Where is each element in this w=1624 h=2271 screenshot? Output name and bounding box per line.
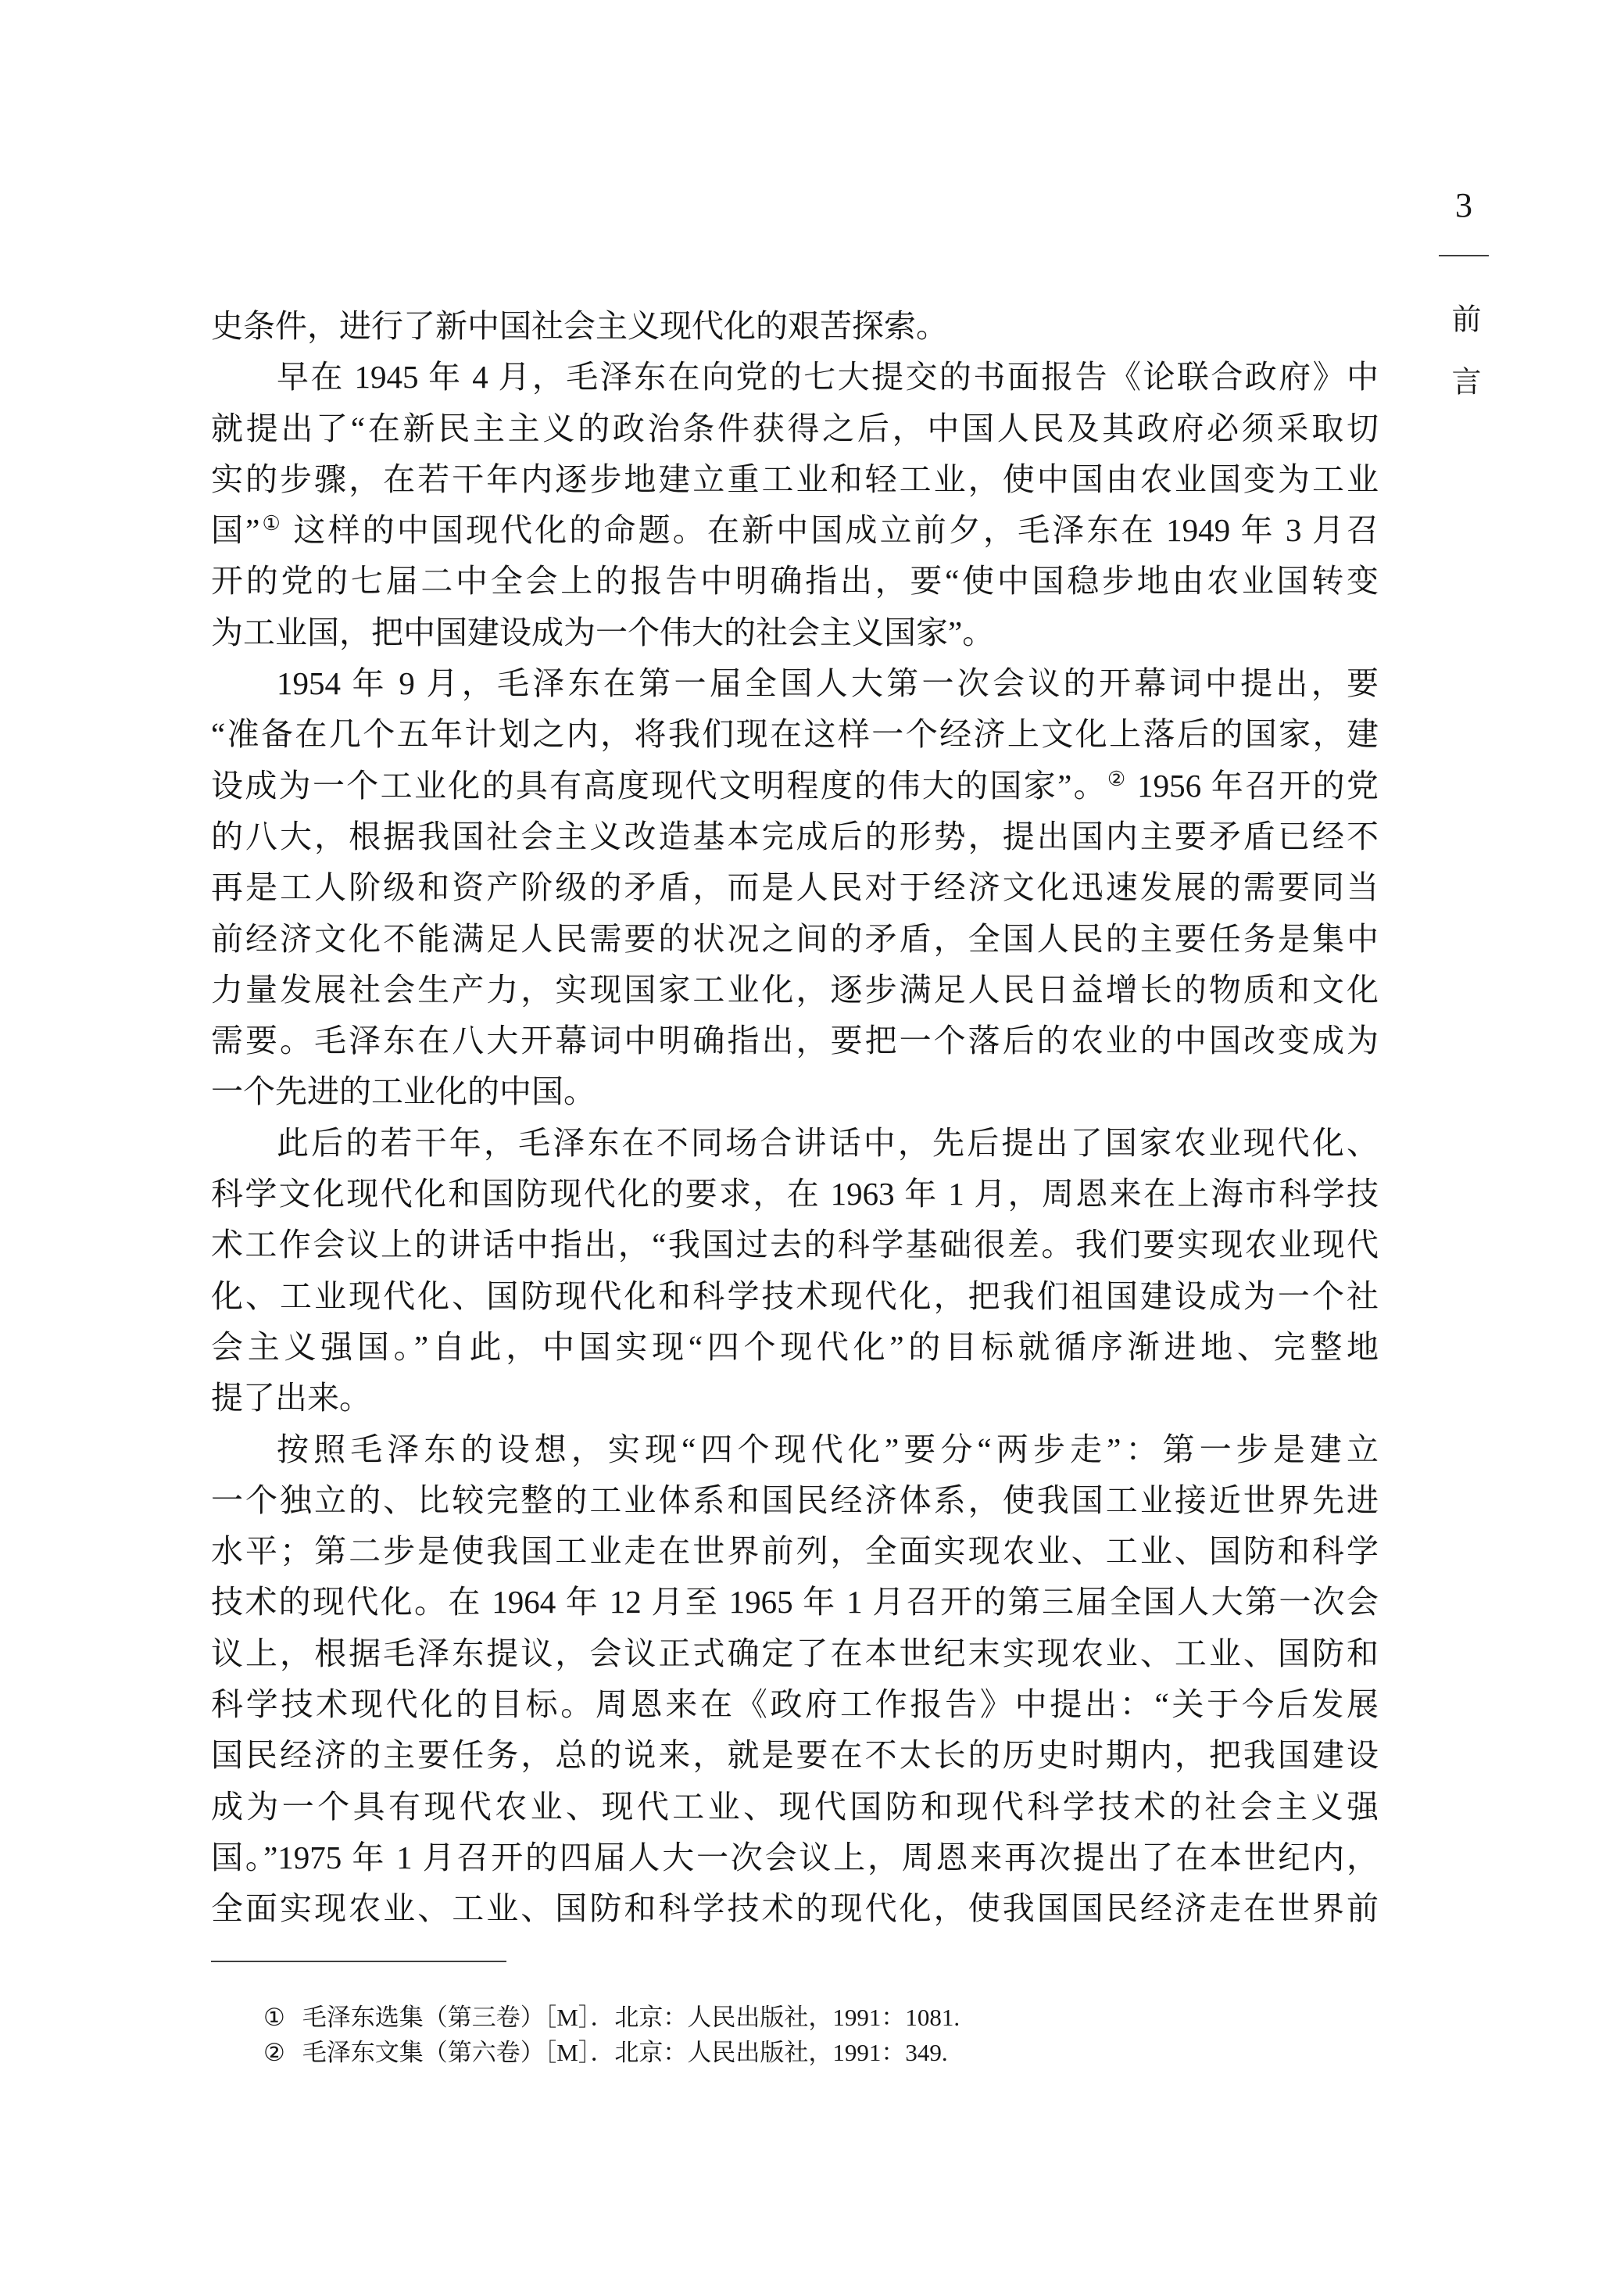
footnote-ref: ② bbox=[1107, 768, 1128, 790]
body-line: 为工业国，把中国建设成为一个伟大的社会主义国家”。 bbox=[211, 607, 1379, 658]
body-line: 国民经济的主要任务，总的说来，就是要在不太长的历史时期内，把我国建设 bbox=[211, 1730, 1379, 1781]
body-line: 此后的若干年，毛泽东在不同场合讲话中，先后提出了国家农业现代化、 bbox=[211, 1118, 1379, 1169]
body-line: 设成为一个工业化的具有高度现代文明程度的伟大的国家”。② 1956 年召开的党 bbox=[211, 761, 1379, 811]
body-line: 议上，根据毛泽东提议，会议正式确定了在本世纪末实现农业、工业、国防和 bbox=[211, 1628, 1379, 1679]
body-line: 史条件，进行了新中国社会主义现代化的艰苦探索。 bbox=[211, 301, 1379, 352]
page-number: 3 bbox=[1439, 186, 1489, 225]
footnote-marker: ② bbox=[263, 2035, 285, 2070]
body-line: 术工作会议上的讲话中指出，“我国过去的科学基础很差。我们要实现农业现代 bbox=[211, 1220, 1379, 1270]
body-line: 1954 年 9 月，毛泽东在第一届全国人大第一次会议的开幕词中提出，要 bbox=[211, 658, 1379, 709]
footnotes: ①毛泽东选集（第三卷）［M］．北京：人民出版社，1991：1081.②毛泽东文集… bbox=[263, 2000, 1379, 2070]
body-line: 国。”1975 年 1 月召开的四届人大一次会议上，周恩来再次提出了在本世纪内， bbox=[211, 1832, 1379, 1883]
body-line: 按照毛泽东的设想，实现“四个现代化”要分“两步走”：第一步是建立 bbox=[211, 1424, 1379, 1475]
body-line: 早在 1945 年 4 月，毛泽东在向党的七大提交的书面报告《论联合政府》中 bbox=[211, 352, 1379, 403]
footnote-item: ①毛泽东选集（第三卷）［M］．北京：人民出版社，1991：1081. bbox=[263, 2000, 1379, 2035]
body-line: 开的党的七届二中全会上的报告中明确指出，要“使中国稳步地由农业国转变 bbox=[211, 556, 1379, 607]
body-line: 一个先进的工业化的中国。 bbox=[211, 1066, 1379, 1117]
body-line: 全面实现农业、工业、国防和科学技术的现代化，使我国国民经济走在世界前 bbox=[211, 1883, 1379, 1934]
footnote-item: ②毛泽东文集（第六卷）［M］．北京：人民出版社，1991：349. bbox=[263, 2035, 1379, 2070]
body-line: 国”① 这样的中国现代化的命题。在新中国成立前夕，毛泽东在 1949 年 3 月… bbox=[211, 505, 1379, 556]
footnote-text: 毛泽东文集（第六卷）［M］．北京：人民出版社，1991：349. bbox=[302, 2039, 948, 2066]
body-line: 一个独立的、比较完整的工业体系和国民经济体系，使我国工业接近世界先进 bbox=[211, 1475, 1379, 1526]
body-line: 再是工人阶级和资产阶级的矛盾，而是人民对于经济文化迅速发展的需要同当 bbox=[211, 862, 1379, 913]
chapter-margin-label: 前言 bbox=[1447, 303, 1479, 428]
body-line: 技术的现代化。在 1964 年 12 月至 1965 年 1 月召开的第三届全国… bbox=[211, 1577, 1379, 1628]
body-line: “准备在几个五年计划之内，将我们现在这样一个经济上文化上落后的国家，建 bbox=[211, 709, 1379, 760]
body-line: 成为一个具有现代农业、现代工业、现代国防和现代科学技术的社会主义强 bbox=[211, 1782, 1379, 1832]
body-line: 科学技术现代化的目标。周恩来在《政府工作报告》中提出：“关于今后发展 bbox=[211, 1679, 1379, 1730]
footnote-separator bbox=[211, 1961, 506, 1962]
body-line: 科学文化现代化和国防现代化的要求，在 1963 年 1 月，周恩来在上海市科学技 bbox=[211, 1169, 1379, 1220]
body-line: 实的步骤，在若干年内逐步地建立重工业和轻工业，使中国由农业国变为工业 bbox=[211, 454, 1379, 505]
page-number-rule bbox=[1439, 255, 1489, 256]
footnote-marker: ① bbox=[263, 2000, 285, 2035]
book-page: 3 前言 史条件，进行了新中国社会主义现代化的艰苦探索。早在 1945 年 4 … bbox=[0, 0, 1624, 2271]
footnote-text: 毛泽东选集（第三卷）［M］．北京：人民出版社，1991：1081. bbox=[302, 2004, 960, 2031]
body-line: 提了出来。 bbox=[211, 1373, 1379, 1424]
body-line: 会主义强国。”自此，中国实现“四个现代化”的目标就循序渐进地、完整地 bbox=[211, 1322, 1379, 1373]
body-line: 化、工业现代化、国防现代化和科学技术现代化，把我们祖国建设成为一个社 bbox=[211, 1271, 1379, 1322]
body-text: 史条件，进行了新中国社会主义现代化的艰苦探索。早在 1945 年 4 月，毛泽东… bbox=[211, 301, 1379, 1935]
footnote-ref: ① bbox=[259, 512, 283, 535]
body-line: 水平；第二步是使我国工业走在世界前列，全面实现农业、工业、国防和科学 bbox=[211, 1526, 1379, 1577]
body-line: 力量发展社会生产力，实现国家工业化，逐步满足人民日益增长的物质和文化 bbox=[211, 965, 1379, 1016]
body-line: 的八大，根据我国社会主义改造基本完成后的形势，提出国内主要矛盾已经不 bbox=[211, 811, 1379, 862]
body-line: 就提出了“在新民主主义的政治条件获得之后，中国人民及其政府必须采取切 bbox=[211, 403, 1379, 454]
body-line: 需要。毛泽东在八大开幕词中明确指出，要把一个落后的农业的中国改变成为 bbox=[211, 1016, 1379, 1066]
body-line: 前经济文化不能满足人民需要的状况之间的矛盾，全国人民的主要任务是集中 bbox=[211, 914, 1379, 965]
